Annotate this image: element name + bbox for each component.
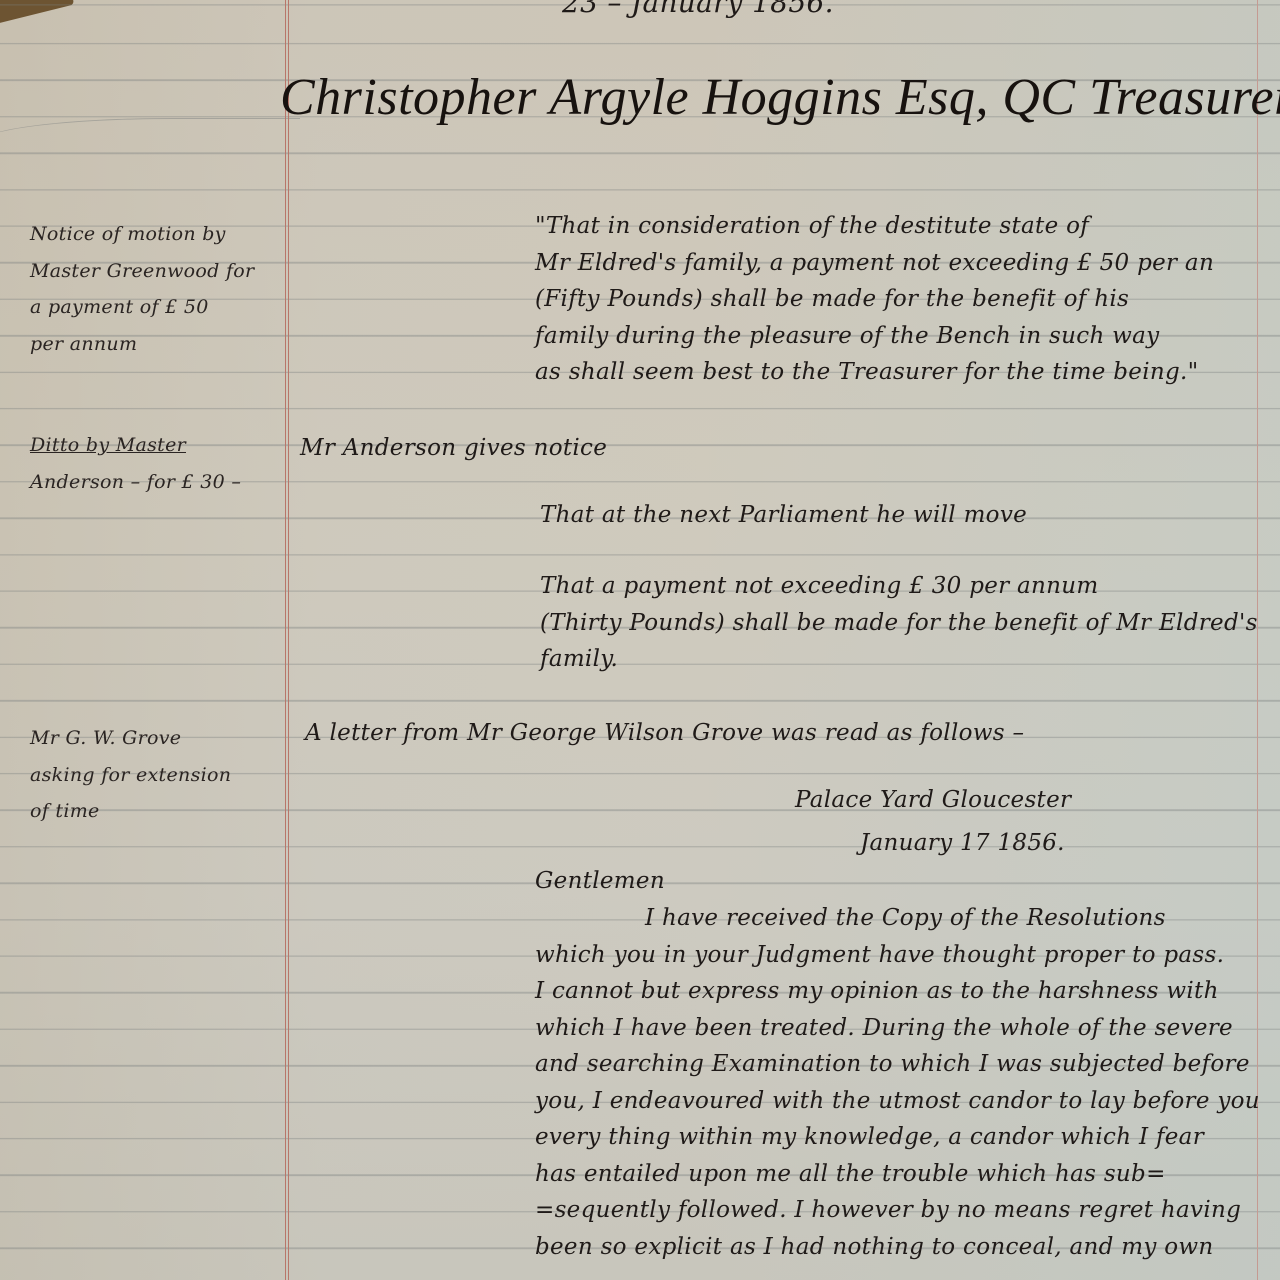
body-line: "That in consideration of the destitute …	[535, 208, 1214, 245]
body-line: as shall seem best to the Treasurer for …	[535, 354, 1214, 391]
body-line: has entailed upon me all the trouble whi…	[535, 1156, 1260, 1193]
margin-note-greenwood: Notice of motion by Master Greenwood for…	[30, 216, 254, 362]
ledger-page: 23 – January 1856. Christopher Argyle Ho…	[0, 0, 1280, 1280]
margin-note-line: per annum	[30, 326, 254, 363]
margin-note-line: Master Greenwood for	[30, 253, 254, 290]
body-line: family.	[540, 641, 1258, 678]
curved-rule-line	[0, 118, 300, 159]
letter-address: Palace Yard Gloucester	[795, 782, 1071, 819]
letter-salutation: Gentlemen	[535, 863, 665, 900]
margin-note-line: Anderson – for £ 30 –	[30, 464, 241, 501]
body-line: I cannot but express my opinion as to th…	[535, 973, 1260, 1010]
grove-letter-intro: A letter from Mr George Wilson Grove was…	[305, 715, 1024, 752]
body-line: (Fifty Pounds) shall be made for the ben…	[535, 281, 1214, 318]
margin-note-line: Notice of motion by	[30, 216, 254, 253]
margin-note-line: Mr G. W. Grove	[30, 720, 231, 757]
body-line: which I have been treated. During the wh…	[535, 1010, 1260, 1047]
body-line: and searching Examination to which I was…	[535, 1046, 1260, 1083]
body-line: I have received the Copy of the Resoluti…	[535, 900, 1260, 937]
anderson-notice-line: That at the next Parliament he will move	[540, 497, 1027, 534]
body-line: (Thirty Pounds) shall be made for the be…	[540, 605, 1258, 642]
letter-date: January 17 1856.	[860, 825, 1065, 862]
margin-note-anderson: Ditto by Master Anderson – for £ 30 –	[30, 427, 241, 500]
margin-note-line: of time	[30, 793, 231, 830]
body-line: every thing within my knowledge, a cando…	[535, 1119, 1260, 1156]
left-margin-rule	[285, 0, 289, 1280]
entry-date: 23 – January 1856.	[562, 0, 834, 19]
body-line: Mr Eldred's family, a payment not exceed…	[535, 245, 1214, 282]
letter-body: I have received the Copy of the Resoluti…	[535, 900, 1260, 1265]
body-line: you, I endeavoured with the utmost cando…	[535, 1083, 1260, 1120]
anderson-notice-intro: Mr Anderson gives notice	[300, 430, 607, 467]
body-line: That a payment not exceeding £ 30 per an…	[540, 568, 1258, 605]
margin-note-grove: Mr G. W. Grove asking for extension of t…	[30, 720, 231, 830]
greenwood-motion-text: "That in consideration of the destitute …	[535, 208, 1214, 391]
margin-note-line: Ditto by Master	[30, 427, 241, 464]
margin-note-line: a payment of £ 50	[30, 289, 254, 326]
body-line: been so explicit as I had nothing to con…	[535, 1229, 1260, 1266]
anderson-motion-text: That a payment not exceeding £ 30 per an…	[540, 568, 1258, 678]
body-line: =sequently followed. I however by no mea…	[535, 1192, 1260, 1229]
margin-note-line: asking for extension	[30, 757, 231, 794]
body-line: family during the pleasure of the Bench …	[535, 318, 1214, 355]
body-line: which you in your Judgment have thought …	[535, 937, 1260, 974]
page-title: Christopher Argyle Hoggins Esq, QC Treas…	[280, 68, 1280, 127]
